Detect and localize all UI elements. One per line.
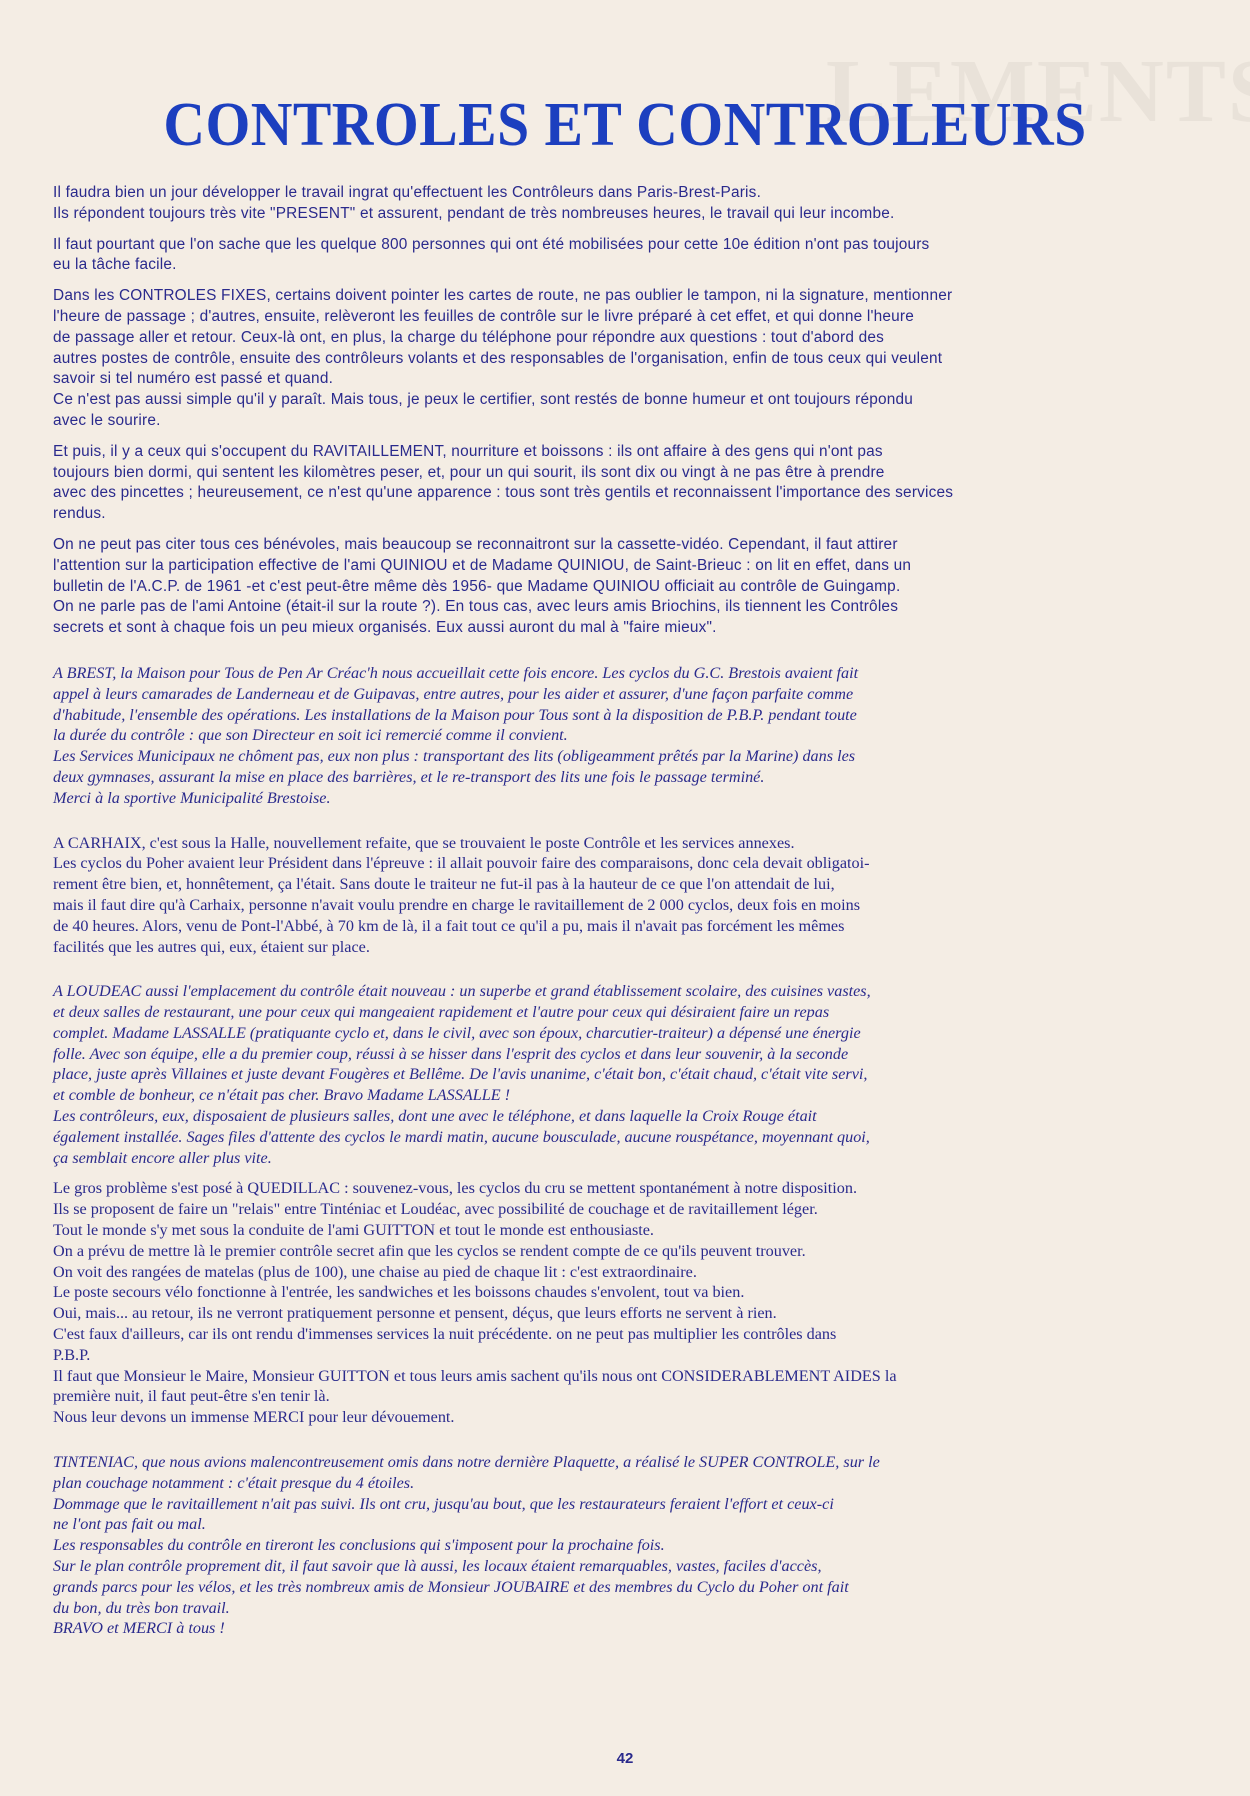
text-line: la durée du contrôle : que son Directeur… <box>53 725 1203 746</box>
text-line: Tout le monde s'y met sous la conduite d… <box>53 1220 1203 1241</box>
paragraph-7: A CARHAIX, c'est sous la Halle, nouvelle… <box>53 833 1203 958</box>
text-line: place, juste après Villaines et juste de… <box>53 1064 1203 1085</box>
text-line: avec des pincettes ; heureusement, ce n'… <box>53 483 1203 504</box>
text-line: et deux salles de restaurant, une pour c… <box>53 1002 1203 1023</box>
paragraph-8: A LOUDEAC aussi l'emplacement du contrôl… <box>53 981 1203 1168</box>
paragraph-1: Il faudra bien un jour développer le tra… <box>53 183 1203 225</box>
text-line: appel à leurs camarades de Landerneau et… <box>53 684 1203 705</box>
text-line: A LOUDEAC aussi l'emplacement du contrôl… <box>53 981 1203 1002</box>
text-line: ça semblait encore aller plus vite. <box>53 1148 1203 1169</box>
section-spacer <box>53 1438 1203 1452</box>
text-line: Les responsables du contrôle en tireront… <box>53 1535 1203 1556</box>
text-line: C'est faux d'ailleurs, car ils ont rendu… <box>53 1324 1203 1345</box>
text-line: On ne parle pas de l'ami Antoine (était-… <box>53 597 1203 618</box>
text-line: l'heure de passage ; d'autres, ensuite, … <box>53 307 1203 328</box>
text-line: A BREST, la Maison pour Tous de Pen Ar C… <box>53 663 1203 684</box>
text-line: Les cyclos du Poher avaient leur Préside… <box>53 853 1203 874</box>
text-line: Il faut que Monsieur le Maire, Monsieur … <box>53 1366 1203 1387</box>
text-line: avec le sourire. <box>53 411 1203 432</box>
text-line: d'habitude, l'ensemble des opérations. L… <box>53 705 1203 726</box>
text-line: P.B.P. <box>53 1345 1203 1366</box>
page-number: 42 <box>0 1750 1250 1767</box>
text-line: rement être bien, et, honnêtement, ça l'… <box>53 874 1203 895</box>
text-line: grands parcs pour les vélos, et les très… <box>53 1577 1203 1598</box>
text-line: Les contrôleurs, eux, disposaient de plu… <box>53 1106 1203 1127</box>
text-line: également installée. Sages files d'atten… <box>53 1127 1203 1148</box>
text-line: secrets et sont à chaque fois un peu mie… <box>53 618 1203 639</box>
text-line: complet. Madame LASSALLE (pratiquante cy… <box>53 1023 1203 1044</box>
article-body: Il faudra bien un jour développer le tra… <box>53 183 1203 1649</box>
text-line: folle. Avec son équipe, elle a du premie… <box>53 1044 1203 1065</box>
text-line: ne l'ont pas fait ou mal. <box>53 1514 1203 1535</box>
text-line: On ne peut pas citer tous ces bénévoles,… <box>53 535 1203 556</box>
text-line: première nuit, il faut peut-être s'en te… <box>53 1386 1203 1407</box>
text-line: eu la tâche facile. <box>53 255 1203 276</box>
text-line: Il faut pourtant que l'on sache que les … <box>53 235 1203 256</box>
text-line: et comble de bonheur, ce n'était pas che… <box>53 1085 1203 1106</box>
paragraph-10: TINTENIAC, que nous avions malencontreus… <box>53 1452 1203 1639</box>
text-line: du bon, du très bon travail. <box>53 1598 1203 1619</box>
text-line: savoir si tel numéro est passé et quand. <box>53 369 1203 390</box>
text-line: Nous leur devons un immense MERCI pour l… <box>53 1407 1203 1428</box>
paragraph-4: Et puis, il y a ceux qui s'occupent du R… <box>53 442 1203 525</box>
text-line: toujours bien dormi, qui sentent les kil… <box>53 463 1203 484</box>
text-line: BRAVO et MERCI à tous ! <box>53 1618 1203 1639</box>
text-line: Ils répondent toujours très vite "PRESEN… <box>53 204 1203 225</box>
text-line: mais il faut dire qu'à Carhaix, personne… <box>53 895 1203 916</box>
text-line: Merci à la sportive Municipalité Brestoi… <box>53 788 1203 809</box>
paragraph-9: Le gros problème s'est posé à QUEDILLAC … <box>53 1178 1203 1428</box>
text-line: Les Services Municipaux ne chôment pas, … <box>53 746 1203 767</box>
text-line: facilités que les autres qui, eux, étaie… <box>53 937 1203 958</box>
text-line: Dommage que le ravitaillement n'ait pas … <box>53 1494 1203 1515</box>
text-line: Sur le plan contrôle proprement dit, il … <box>53 1556 1203 1577</box>
text-line: Le poste secours vélo fonctionne à l'ent… <box>53 1282 1203 1303</box>
text-line: rendus. <box>53 504 1203 525</box>
page-title: CONTROLES ET CONTROLEURS <box>44 90 1207 161</box>
text-line: Oui, mais... au retour, ils ne verront p… <box>53 1303 1203 1324</box>
text-line: Dans les CONTROLES FIXES, certains doive… <box>53 286 1203 307</box>
text-line: On voit des rangées de matelas (plus de … <box>53 1262 1203 1283</box>
text-line: Ils se proposent de faire un "relais" en… <box>53 1199 1203 1220</box>
paragraph-3: Dans les CONTROLES FIXES, certains doive… <box>53 286 1203 432</box>
section-spacer <box>53 649 1203 663</box>
text-line: l'attention sur la participation effecti… <box>53 556 1203 577</box>
text-line: Il faudra bien un jour développer le tra… <box>53 183 1203 204</box>
text-line: Le gros problème s'est posé à QUEDILLAC … <box>53 1178 1203 1199</box>
text-line: plan couchage notamment : c'était presqu… <box>53 1473 1203 1494</box>
text-line: On a prévu de mettre là le premier contr… <box>53 1241 1203 1262</box>
paragraph-6: A BREST, la Maison pour Tous de Pen Ar C… <box>53 663 1203 809</box>
text-line: Et puis, il y a ceux qui s'occupent du R… <box>53 442 1203 463</box>
text-line: TINTENIAC, que nous avions malencontreus… <box>53 1452 1203 1473</box>
text-line: A CARHAIX, c'est sous la Halle, nouvelle… <box>53 833 1203 854</box>
section-spacer <box>53 819 1203 833</box>
text-line: Ce n'est pas aussi simple qu'il y paraît… <box>53 390 1203 411</box>
text-line: de 40 heures. Alors, venu de Pont-l'Abbé… <box>53 916 1203 937</box>
text-line: autres postes de contrôle, ensuite des c… <box>53 349 1203 370</box>
section-spacer <box>53 967 1203 981</box>
text-line: deux gymnases, assurant la mise en place… <box>53 767 1203 788</box>
paragraph-5: On ne peut pas citer tous ces bénévoles,… <box>53 535 1203 639</box>
text-line: de passage aller et retour. Ceux-là ont,… <box>53 328 1203 349</box>
text-line: bulletin de l'A.C.P. de 1961 -et c'est p… <box>53 577 1203 598</box>
paragraph-2: Il faut pourtant que l'on sache que les … <box>53 235 1203 277</box>
